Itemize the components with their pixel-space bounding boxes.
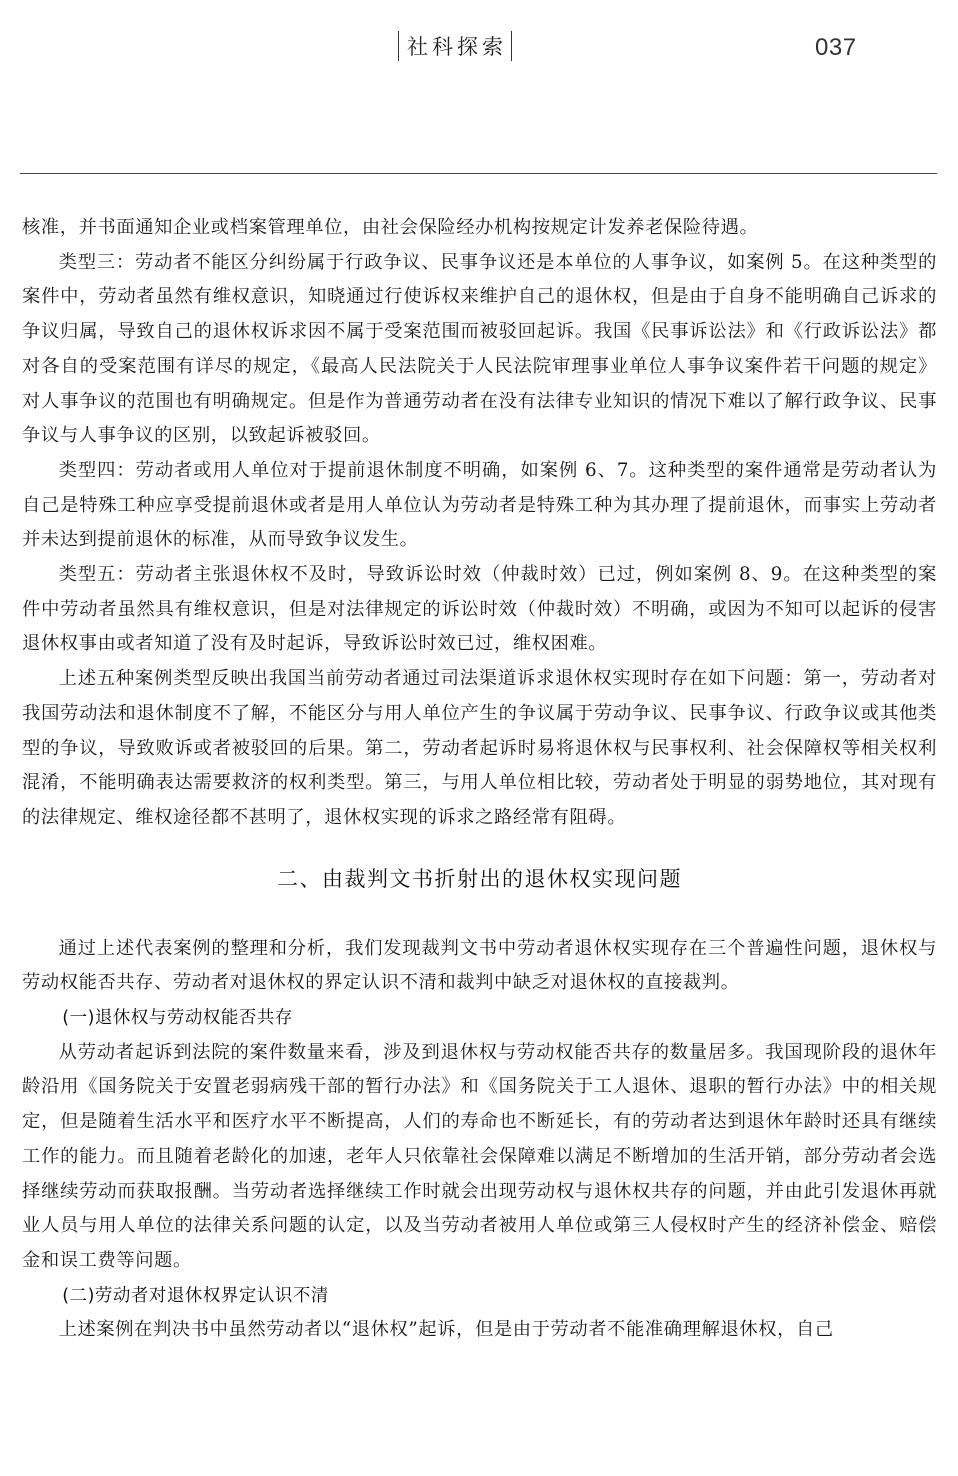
paragraph-type-five: 类型五：劳动者主张退休权不及时，导致诉讼时效（仲裁时效）已过，例如案例 8、9。… (22, 558, 937, 662)
paragraph-section-intro: 通过上述代表案例的整理和分析，我们发现裁判文书中劳动者退休权实现存在三个普遍性问… (22, 932, 937, 1001)
section-heading: 二、由裁判文书折射出的退休权实现问题 (22, 862, 937, 896)
journal-section-title: 社科探索 (399, 31, 511, 61)
article-body: 核准，并书面通知企业或档案管理单位，由社会保险经办机构按规定计发养老保险待遇。 … (22, 211, 937, 1348)
running-head-right-bar (511, 31, 512, 61)
paragraph-type-four: 类型四：劳动者或用人单位对于提前退休制度不明确，如案例 6、7。这种类型的案件通… (22, 454, 937, 558)
subsection-heading-2: (二)劳动者对退休权界定认识不清 (22, 1279, 937, 1314)
header-rule (20, 173, 937, 174)
paragraph-type-three: 类型三：劳动者不能区分纠纷属于行政争议、民事争议还是本单位的人事争议，如案例 5… (22, 246, 937, 454)
paragraph-coexistence: 从劳动者起诉到法院的案件数量来看，涉及到退休权与劳动权能否共存的数量居多。我国现… (22, 1036, 937, 1279)
page-number: 037 (815, 34, 857, 62)
paragraph-definition: 上述案例在判决书中虽然劳动者以“退休权”起诉，但是由于劳动者不能准确理解退休权，… (22, 1313, 937, 1348)
paragraph-summary: 上述五种案例类型反映出我国当前劳动者通过司法渠道诉求退休权实现时存在如下问题：第… (22, 662, 937, 836)
subsection-heading-1: (一)退休权与劳动权能否共存 (22, 1001, 937, 1036)
running-head: 社科探索 (398, 30, 512, 62)
paragraph-continued: 核准，并书面通知企业或档案管理单位，由社会保险经办机构按规定计发养老保险待遇。 (22, 211, 937, 246)
